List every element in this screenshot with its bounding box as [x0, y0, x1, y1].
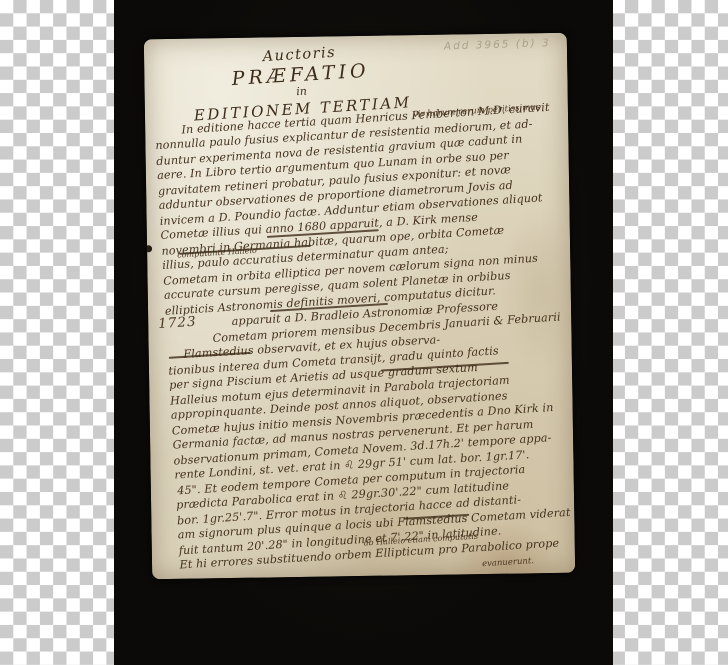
- transparency-checkerboard: Add 3965 (b) 3 Auctoris PRÆFATIO in EDIT…: [0, 0, 728, 665]
- ink-blot: [145, 245, 152, 252]
- manuscript-body: In editione hacce tertia quam Henricus P…: [154, 98, 575, 572]
- margin-year-note: 1723: [158, 314, 197, 332]
- closing-word-note: evanuerunt.: [482, 556, 535, 569]
- manuscript-page: Add 3965 (b) 3 Auctoris PRÆFATIO in EDIT…: [144, 33, 575, 580]
- catalog-mark: Add 3965 (b) 3: [444, 37, 551, 53]
- manuscript-photo: Add 3965 (b) 3 Auctoris PRÆFATIO in EDIT…: [114, 0, 613, 665]
